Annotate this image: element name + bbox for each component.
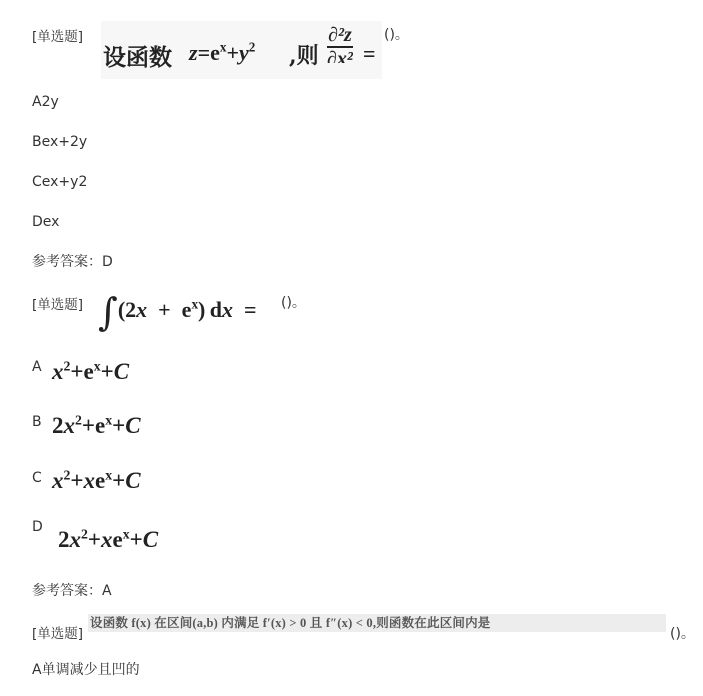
answer-label: 参考答案： xyxy=(32,254,102,270)
stem-equals: = xyxy=(363,41,376,67)
reference-answer: 参考答案：A xyxy=(32,582,112,600)
option-b-letter[interactable]: B xyxy=(32,413,42,431)
option-a-letter[interactable]: A xyxy=(32,358,42,376)
stem-fraction: ∂²z ∂x² xyxy=(327,25,353,63)
stem-prefix: 设函数 xyxy=(103,39,172,72)
answer-label: 参考答案： xyxy=(32,583,102,599)
question-stem-image: 设函数 z=ex+y2 ,则 ∂²z ∂x² = xyxy=(101,21,382,79)
option-c[interactable]: Cex+y2 xyxy=(32,173,87,191)
option-c-formula[interactable]: x2+xex+C xyxy=(52,468,141,494)
question-stem-image: 设函数 f(x) 在区间(a,b) 内满足 f′(x) > 0 且 f″(x) … xyxy=(88,614,666,632)
option-a[interactable]: A单调减少且凹的 xyxy=(32,661,140,679)
option-b-formula[interactable]: 2x2+ex+C xyxy=(52,413,141,439)
option-d-letter[interactable]: D xyxy=(32,518,43,536)
answer-value: A xyxy=(102,583,112,599)
answer-blank: ()。 xyxy=(670,623,695,643)
option-d-formula[interactable]: 2x2+xex+C xyxy=(58,527,158,553)
stem-formula: z=ex+y2 xyxy=(189,40,255,66)
option-c-letter[interactable]: C xyxy=(32,469,42,487)
option-d[interactable]: Dex xyxy=(32,213,59,231)
option-b[interactable]: Bex+2y xyxy=(32,133,87,151)
question-type-tag: [单选题] xyxy=(32,293,83,313)
question-type-tag: [单选题] xyxy=(32,622,83,642)
option-a-formula[interactable]: x2+ex+C xyxy=(52,359,129,385)
answer-value: D xyxy=(102,254,113,270)
answer-blank: ()。 xyxy=(281,292,306,312)
integral-sign: ∫ xyxy=(98,290,118,334)
reference-answer: 参考答案：D xyxy=(32,253,113,271)
option-a[interactable]: A2y xyxy=(32,93,59,111)
question-type-tag: [单选题] xyxy=(32,25,83,45)
answer-blank: ()。 xyxy=(384,24,409,44)
stem-middle: ,则 xyxy=(289,39,319,70)
question-stem-image: ∫(2x + ex) dx = xyxy=(98,290,278,340)
